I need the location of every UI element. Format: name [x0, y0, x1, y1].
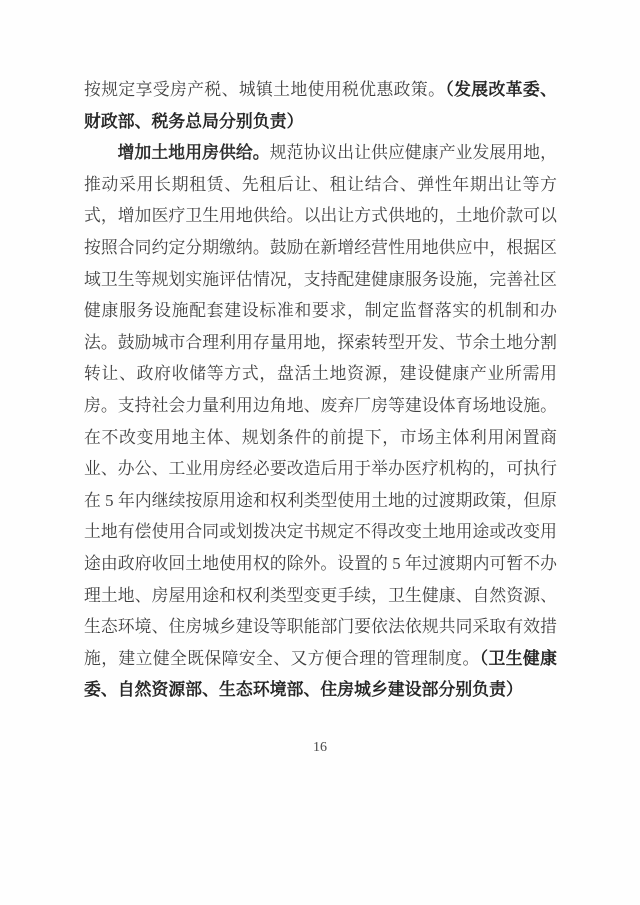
- text-block: 按规定享受房产税、城镇土地使用税优惠政策。（发展改革委、财政部、税务总局分别负责…: [84, 74, 557, 706]
- page-number: 16: [0, 740, 640, 756]
- paragraph-land-supply: 增加土地用房供给。规范协议出让供应健康产业发展用地，推动采用长期租赁、先租后让、…: [84, 137, 557, 706]
- document-page: 按规定享受房产税、城镇土地使用税优惠政策。（发展改革委、财政部、税务总局分别负责…: [0, 0, 640, 905]
- paragraph-body-text: 按规定享受房产税、城镇土地使用税优惠政策。: [84, 80, 445, 99]
- paragraph-body-text: 规范协议出让供应健康产业发展用地，推动采用长期租赁、先租后让、租让结合、弹性年期…: [84, 143, 557, 668]
- paragraph-tax-policy: 按规定享受房产税、城镇土地使用税优惠政策。（发展改革委、财政部、税务总局分别负责…: [84, 74, 557, 137]
- paragraph-lead-heading: 增加土地用房供给。: [118, 143, 270, 162]
